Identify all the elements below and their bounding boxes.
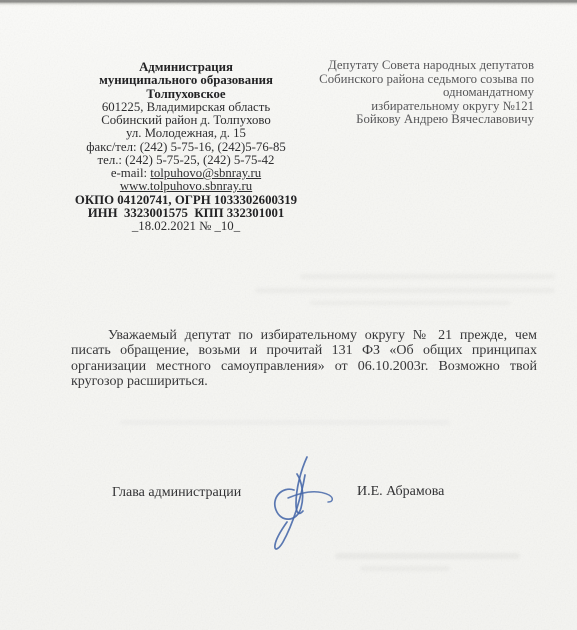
recipient-line: Депутату Совета народных депутатов bbox=[318, 59, 534, 73]
scan-artifact bbox=[300, 274, 555, 279]
recipient-line: Собинского района седьмого созыва по bbox=[318, 73, 534, 87]
scan-artifact bbox=[310, 301, 510, 305]
date-number-line: _18.02.2021 № _10_ bbox=[60, 220, 312, 233]
recipient-line: одномандатному bbox=[318, 86, 534, 100]
sender-email-line: e-mail: tolpuhovo@sbnray.ru bbox=[60, 167, 312, 180]
signature-stroke bbox=[275, 474, 303, 519]
email-link[interactable]: tolpuhovo@sbnray.ru bbox=[150, 166, 261, 180]
letter-body-paragraph: Уважаемый депутат по избирательному окру… bbox=[71, 328, 537, 390]
signer-title: Глава администрации bbox=[112, 485, 241, 501]
sender-phone-line: тел.: (242) 5-75-25, (242) 5-75-42 bbox=[60, 154, 312, 167]
recipient-block: Депутату Совета народных депутатов Собин… bbox=[318, 59, 534, 127]
signature-stroke bbox=[296, 457, 307, 513]
signature-stroke bbox=[288, 492, 332, 502]
sender-org-line: Толпуховское bbox=[60, 88, 312, 101]
sender-fax-line: факс/тел: (242) 5-75-16, (242)5-76-85 bbox=[60, 141, 312, 154]
sender-address-line: ул. Молодежная, д. 15 bbox=[60, 127, 312, 140]
scan-artifact bbox=[335, 553, 520, 559]
recipient-line: избирательному округу №121 bbox=[318, 100, 534, 114]
sender-org-line: муниципального образования bbox=[60, 74, 312, 87]
sender-okpo-ogrn-line: ОКПО 04120741, ОГРН 1033302600319 bbox=[60, 194, 312, 207]
email-prefix: e-mail: bbox=[111, 166, 150, 180]
signer-name: И.Е. Абрамова bbox=[357, 484, 444, 500]
sender-website-line: www.tolpuhovo.sbnray.ru bbox=[60, 180, 312, 193]
scan-artifact bbox=[255, 288, 555, 293]
recipient-name-line: Бойкову Андрею Вячеславовичу bbox=[318, 113, 534, 127]
sender-org-line: Администрация bbox=[60, 61, 312, 74]
signature-stroke bbox=[275, 475, 305, 549]
sender-address-line: 601225, Владимирская область bbox=[60, 101, 312, 114]
scan-artifact bbox=[360, 566, 450, 571]
scan-top-edge bbox=[0, 0, 577, 7]
sender-letterhead: Администрация муниципального образования… bbox=[60, 61, 312, 233]
scan-artifact bbox=[120, 420, 450, 425]
sender-address-line: Собинский район д. Толпухово bbox=[60, 114, 312, 127]
handwritten-signature bbox=[258, 446, 342, 554]
website-link[interactable]: www.tolpuhovo.sbnray.ru bbox=[120, 179, 252, 193]
sender-inn-kpp-line: ИНН 3323001575 КПП 332301001 bbox=[60, 207, 312, 220]
scanned-letter-page: Администрация муниципального образования… bbox=[0, 0, 577, 630]
